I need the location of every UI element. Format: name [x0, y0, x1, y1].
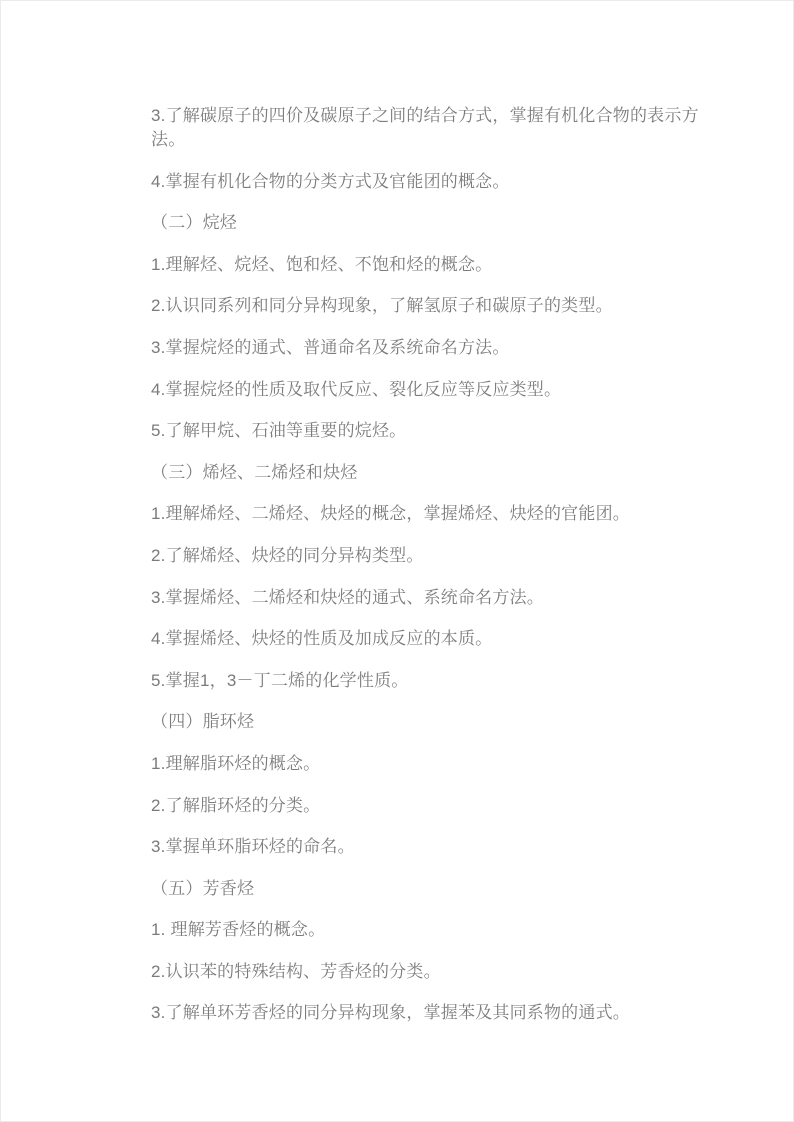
doc-paragraph: 3.掌握烯烃、二烯烃和炔烃的通式、系统命名方法。	[151, 586, 733, 610]
doc-paragraph: 2.了解脂环烃的分类。	[151, 794, 733, 818]
doc-paragraph: 3.了解单环芳香烃的同分异构现象，掌握苯及其同系物的通式。	[151, 1001, 733, 1025]
doc-paragraph: 1.理解脂环烃的概念。	[151, 752, 733, 776]
doc-paragraph: 5.掌握1，3－丁二烯的化学性质。	[151, 669, 733, 693]
doc-paragraph: 5.了解甲烷、石油等重要的烷烃。	[151, 419, 733, 443]
section-heading-aromatics: （五）芳香烃	[151, 877, 733, 901]
doc-paragraph: 4.掌握烷烃的性质及取代反应、裂化反应等反应类型。	[151, 378, 733, 402]
doc-paragraph: 2.了解烯烃、炔烃的同分异构类型。	[151, 544, 733, 568]
doc-paragraph: 1.理解烃、烷烃、饱和烃、不饱和烃的概念。	[151, 253, 733, 277]
doc-paragraph: 2.认识同系列和同分异构现象，了解氢原子和碳原子的类型。	[151, 294, 733, 318]
doc-paragraph: 1. 理解芳香烃的概念。	[151, 918, 733, 942]
section-heading-cycloalkanes: （四）脂环烃	[151, 710, 733, 734]
section-heading-alkenes-alkynes: （三）烯烃、二烯烃和炔烃	[151, 461, 733, 485]
doc-paragraph: 4.掌握有机化合物的分类方式及官能团的概念。	[151, 170, 733, 194]
document-content: 3.了解碳原子的四价及碳原子之间的结合方式，掌握有机化合物的表示方法。 4.掌握…	[1, 1, 793, 1025]
document-page: 3.了解碳原子的四价及碳原子之间的结合方式，掌握有机化合物的表示方法。 4.掌握…	[0, 0, 794, 1122]
doc-paragraph: 2.认识苯的特殊结构、芳香烃的分类。	[151, 960, 733, 984]
doc-paragraph: 1.理解烯烃、二烯烃、炔烃的概念，掌握烯烃、炔烃的官能团。	[151, 502, 733, 526]
doc-paragraph: 3.掌握烷烃的通式、普通命名及系统命名方法。	[151, 336, 733, 360]
doc-paragraph: 3.掌握单环脂环烃的命名。	[151, 835, 733, 859]
doc-paragraph: 3.了解碳原子的四价及碳原子之间的结合方式，掌握有机化合物的表示方法。	[151, 104, 733, 152]
doc-paragraph: 4.掌握烯烃、炔烃的性质及加成反应的本质。	[151, 627, 733, 651]
section-heading-alkanes: （二）烷烃	[151, 211, 733, 235]
